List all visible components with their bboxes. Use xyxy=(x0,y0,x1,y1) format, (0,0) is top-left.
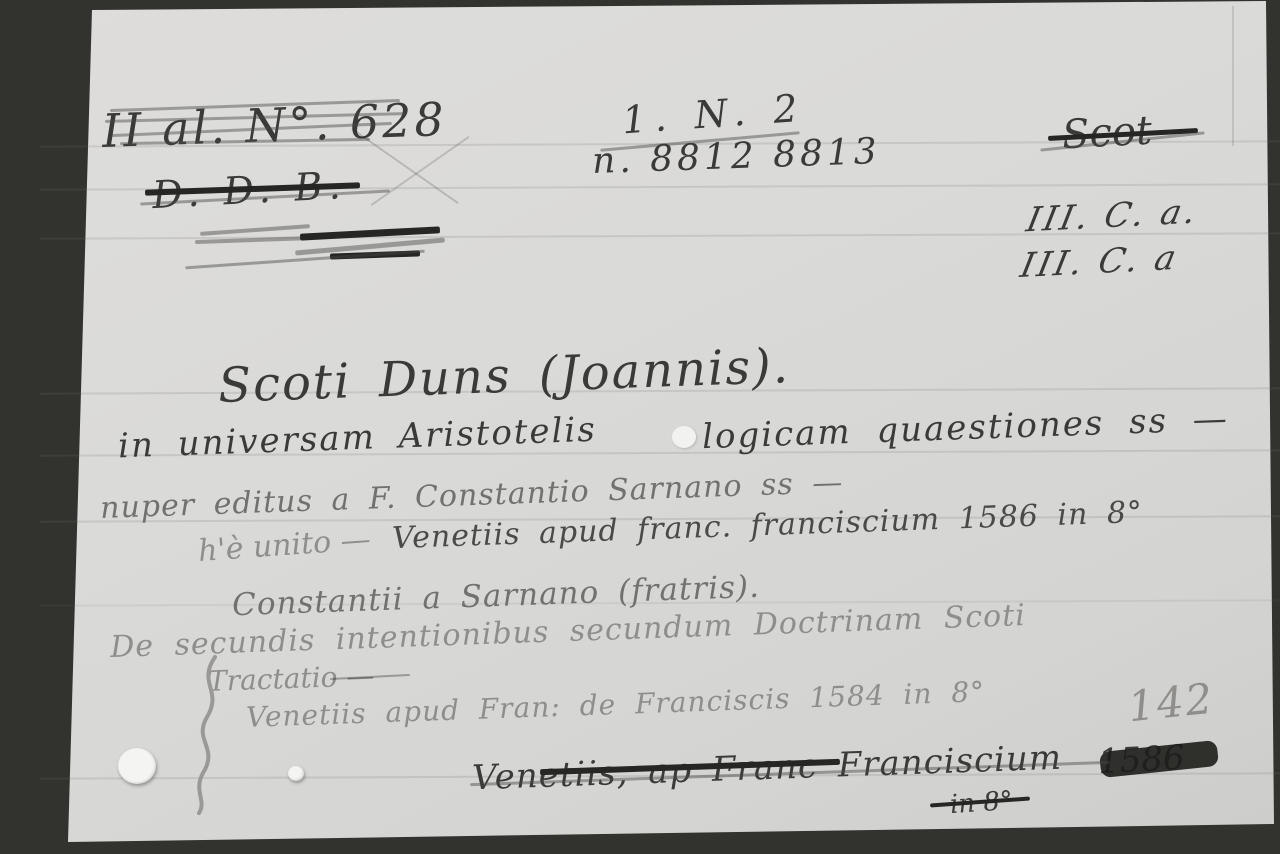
paper-crease-line xyxy=(1232,6,1234,146)
scanned-document: II al. N°. 628 D. D. B. 1. N. 2 n. 8812 … xyxy=(0,0,1280,854)
pencil-brace-squiggle xyxy=(185,655,235,815)
punch-hole xyxy=(288,766,304,781)
paper-flaw-spot xyxy=(672,426,696,448)
punch-hole xyxy=(118,748,156,784)
pencil-number: 142 xyxy=(1126,674,1217,732)
